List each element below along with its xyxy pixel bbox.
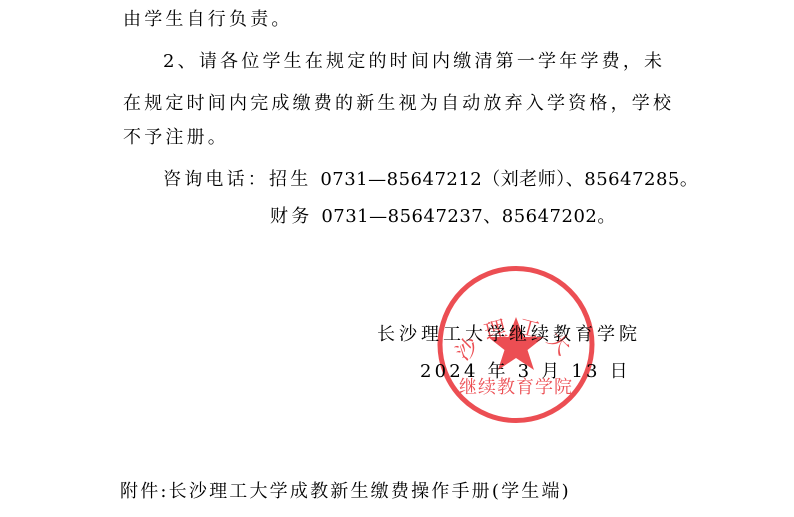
finance-phone-numbers: 0731—85647237、85647202。	[321, 206, 616, 227]
item2-line1: 2、请各位学生在规定的时间内缴清第一学年学费，未	[163, 51, 665, 73]
admissions-label: 招生	[269, 169, 311, 190]
item2-line3: 不予注册。	[123, 127, 229, 149]
attachment-note: 附件:长沙理工大学成教新生缴费操作手册(学生端)	[120, 481, 571, 503]
contact-admissions: 咨询电话：招生 0731—85647212（刘老师）、85647285。	[163, 169, 698, 191]
admissions-phone-numbers: 0731—85647212（刘老师）、85647285。	[320, 169, 698, 190]
contact-label: 咨询电话：	[163, 169, 269, 190]
item2-line2: 在规定时间内完成缴费的新生视为自动放弃入学资格，学校	[123, 93, 674, 115]
signature-organization: 长沙理工大学继续教育学院	[377, 324, 641, 346]
paragraph-continuation: 由学生自行负责。	[123, 9, 293, 31]
contact-finance: 财务 0731—85647237、85647202。	[270, 206, 616, 228]
seal-arc-text: 长沙理工大学	[437, 265, 581, 366]
signature-date: 2024 年 3 月 13 日	[420, 361, 631, 383]
finance-label: 财务	[270, 206, 312, 227]
